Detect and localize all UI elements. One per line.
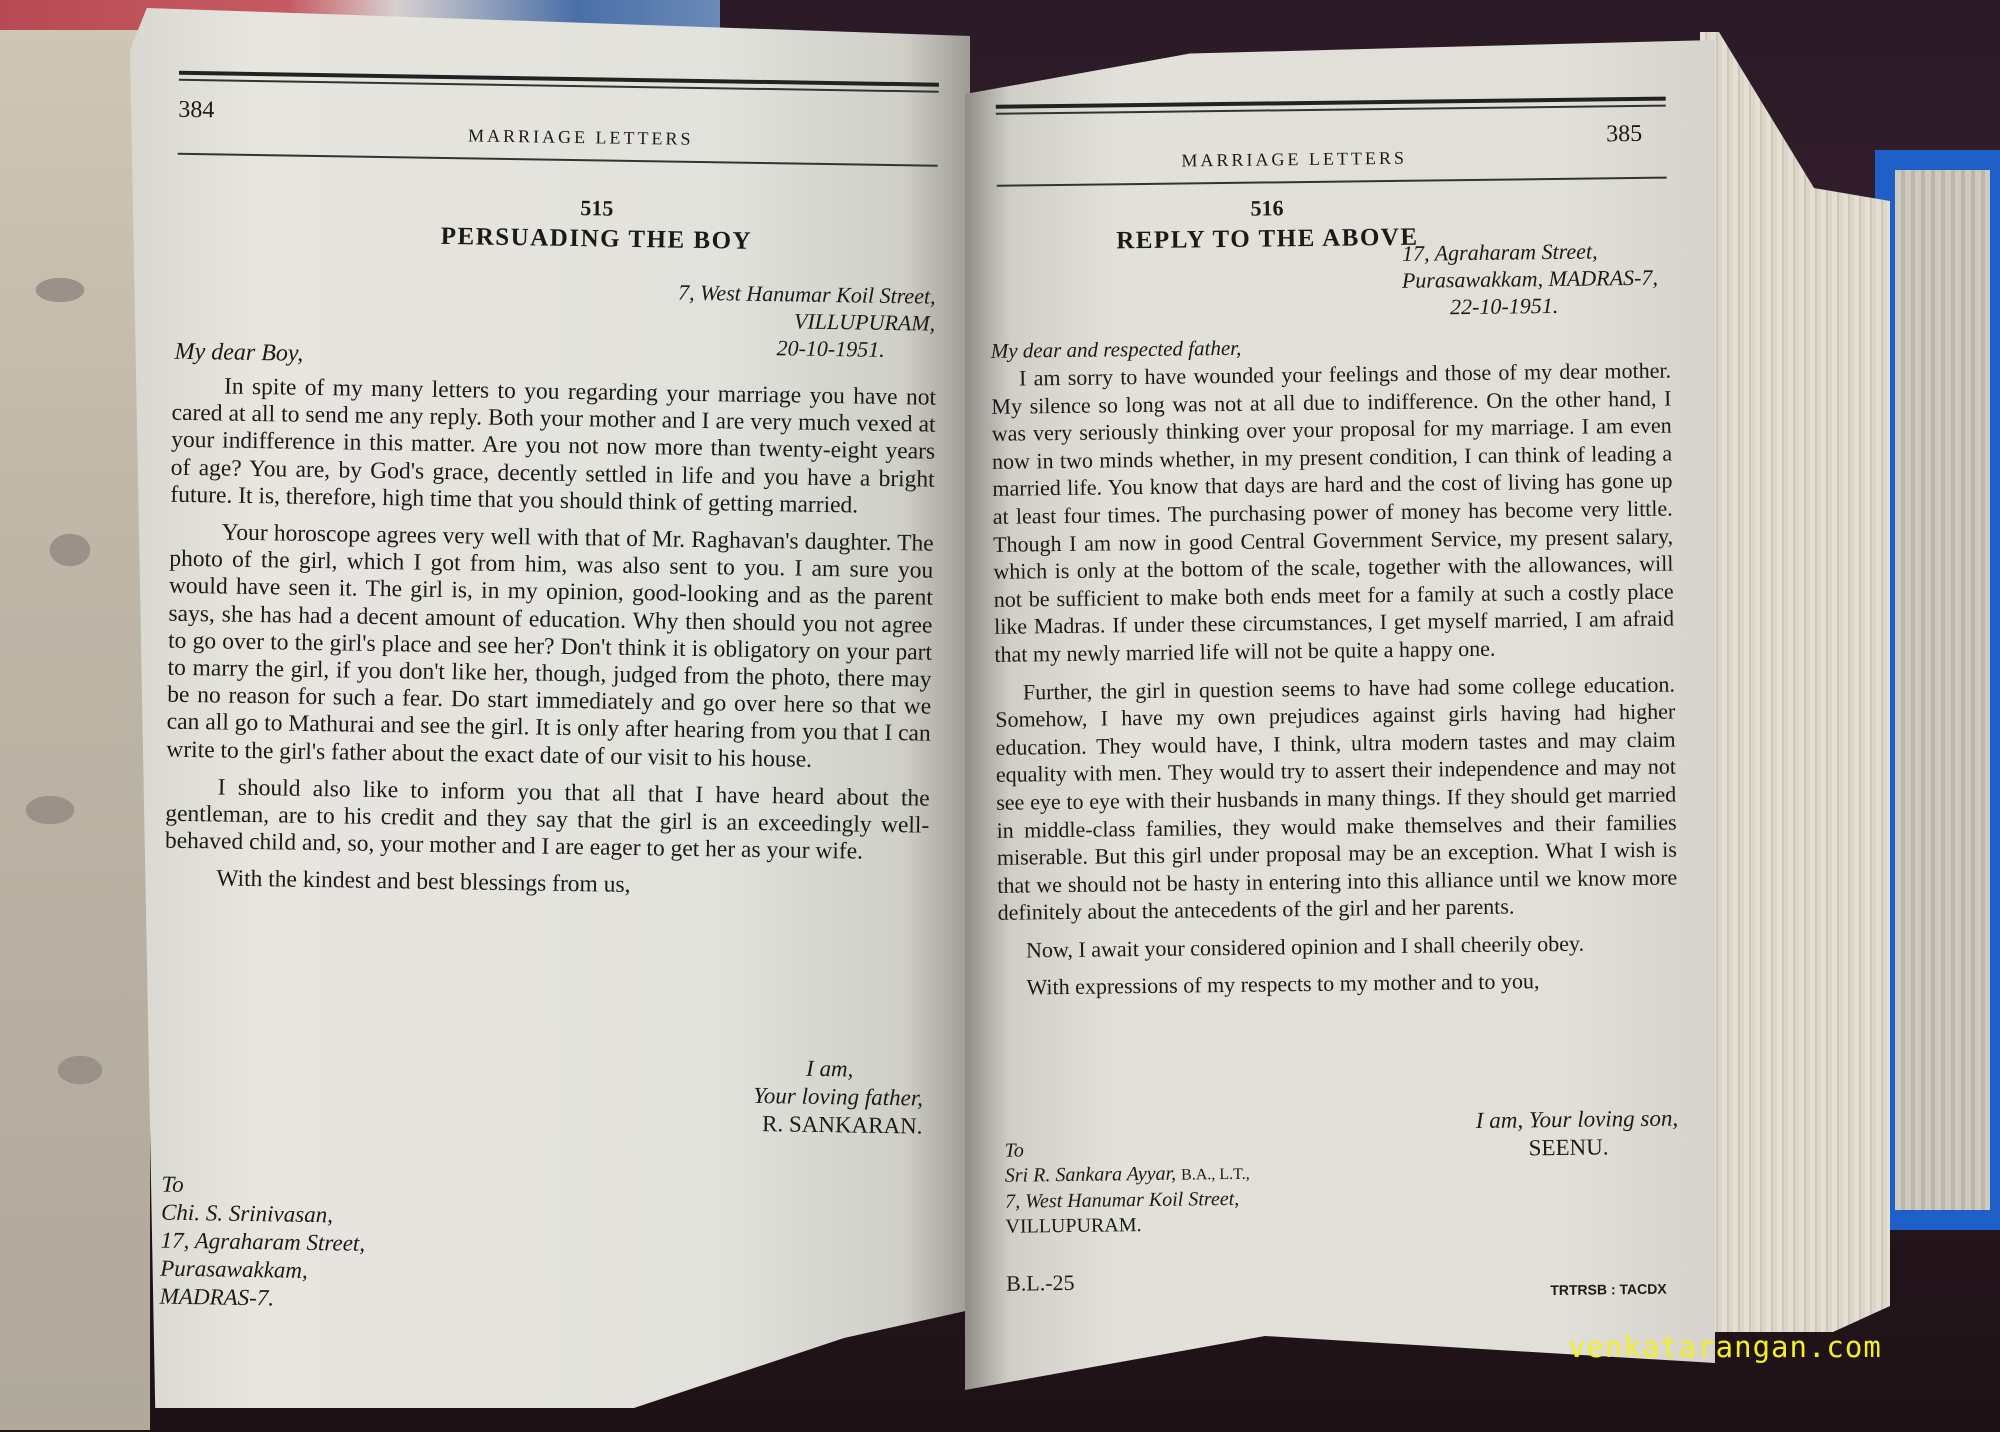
right-page: MARRIAGE LETTERS 385 516 REPLY TO THE AB…	[965, 40, 1715, 1390]
letter-body: In spite of my many letters to you regar…	[164, 373, 936, 915]
letter-title: PERSUADING THE BOY	[376, 222, 816, 257]
sender-address: 17, Agraharam Street, Purasawakkam, MADR…	[1267, 237, 1658, 323]
print-code: TRTRSB : TACDX	[1550, 1281, 1667, 1298]
closing: I am, Your loving father, R. SANKARAN.	[582, 1051, 923, 1140]
signature: SEENU.	[1278, 1133, 1678, 1166]
background-book-pages	[1895, 170, 1990, 1210]
header-rule-bottom	[997, 177, 1667, 187]
paragraph: With expressions of my respects to my mo…	[998, 966, 1678, 1002]
sender-address: 7, West Hanumar Koil Street, VILLUPURAM,…	[555, 277, 936, 364]
letter-number: 516	[1117, 194, 1417, 224]
paragraph: In spite of my many letters to you regar…	[170, 373, 936, 521]
signature: R. SANKARAN.	[582, 1107, 922, 1140]
recipient-line: 17, Agraharam Street,	[160, 1227, 365, 1258]
running-head: MARRIAGE LETTERS	[468, 125, 694, 150]
paragraph: Further, the girl in question seems to h…	[995, 670, 1678, 927]
letter-body: I am sorry to have wounded your feelings…	[991, 357, 1679, 1012]
sender-address-line: 20-10-1951.	[555, 331, 935, 364]
recipient-line: Chi. S. Srinivasan,	[161, 1199, 366, 1230]
paragraph: Now, I await your considered opinion and…	[998, 928, 1678, 964]
book-page-edges	[1700, 32, 1890, 1332]
running-head: MARRIAGE LETTERS	[1181, 148, 1407, 172]
letter-number: 515	[427, 193, 767, 224]
salutation: My dear Boy,	[174, 339, 303, 368]
recipient-line: To	[1004, 1136, 1249, 1164]
paragraph: I am sorry to have wounded your feelings…	[991, 357, 1675, 669]
paragraph: With the kindest and best blessings from…	[164, 865, 928, 904]
header-rule-bottom	[178, 153, 938, 167]
paragraph: Your horoscope agrees very well with tha…	[166, 519, 934, 776]
recipient-address: To Chi. S. Srinivasan, 17, Agraharam Str…	[160, 1171, 367, 1314]
paragraph: I should also like to inform you that al…	[165, 774, 930, 868]
page-number: 384	[178, 97, 214, 125]
closing: I am, Your loving son, SEENU.	[1278, 1105, 1679, 1166]
recipient-line: 7, West Hanumar Koil Street,	[1005, 1187, 1250, 1215]
recipient-address: To Sri R. Sankara Ayyar, B.A., L.T., 7, …	[1004, 1136, 1250, 1240]
closing-line: I am, Your loving son,	[1278, 1105, 1678, 1138]
left-page: 384 MARRIAGE LETTERS 515 PERSUADING THE …	[130, 8, 970, 1408]
recipient-line: MADRAS-7.	[160, 1283, 365, 1314]
recipient-line: To	[161, 1171, 366, 1202]
recipient-degrees: B.A., L.T.,	[1181, 1166, 1250, 1184]
footer-code: B.L.-25	[1006, 1270, 1075, 1297]
recipient-line: VILLUPURAM.	[1005, 1212, 1250, 1240]
sender-address-line: 22-10-1951.	[1268, 291, 1658, 323]
book-cover-left	[0, 30, 150, 1430]
salutation: My dear and respected father,	[991, 336, 1242, 364]
recipient-line: Sri R. Sankara Ayyar, B.A., L.T.,	[1005, 1161, 1250, 1190]
sender-address-line: Purasawakkam, MADRAS-7,	[1268, 264, 1658, 296]
watermark-text: venkatarangan.com	[1568, 1330, 1882, 1364]
recipient-line: Purasawakkam,	[160, 1255, 365, 1286]
recipient-name: Sri R. Sankara Ayyar,	[1005, 1163, 1177, 1187]
page-number: 385	[1606, 121, 1642, 148]
